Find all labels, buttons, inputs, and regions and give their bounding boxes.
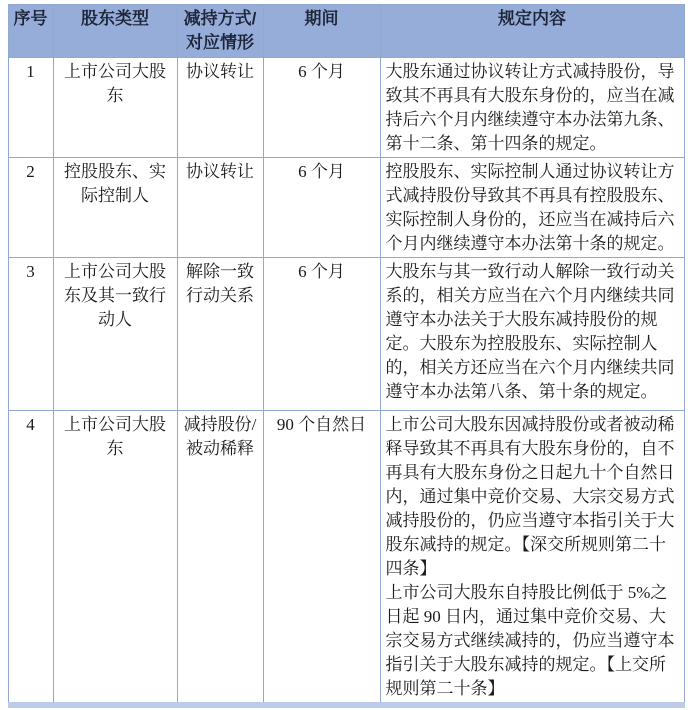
table-row: 1 上市公司大股东 协议转让 6 个月 大股东通过协议转让方式减持股份，导致其不…: [8, 58, 684, 158]
shareholder-type-cell: 上市公司大股东: [53, 58, 177, 158]
header-regulation-content: 规定内容: [380, 5, 684, 58]
period-cell: 6 个月: [263, 58, 380, 158]
serial-number-cell: 4: [8, 411, 53, 706]
regulation-paragraph: 上市公司大股东因减持股份或者被动稀释导致其不再具有大股东身份的，自不再具有大股东…: [386, 413, 679, 581]
table-row: 4 上市公司大股东 减持股份/被动稀释 90 个自然日 上市公司大股东因减持股份…: [8, 411, 684, 706]
regulation-content-cell: 大股东通过协议转让方式减持股份，导致其不再具有大股东身份的，应当在减持后六个月内…: [380, 58, 684, 158]
shareholder-type-cell: 上市公司大股东: [53, 411, 177, 706]
serial-number-cell: 2: [8, 158, 53, 258]
table-header-row: 序号 股东类型 减持方式/对应情形 期间 规定内容: [8, 5, 684, 58]
regulation-paragraph: 大股东通过协议转让方式减持股份，导致其不再具有大股东身份的，应当在减持后六个月内…: [386, 60, 679, 156]
period-cell: 6 个月: [263, 158, 380, 258]
regulation-content-cell: 控股股东、实际控制人通过协议转让方式减持股份导致其不再具有控股股东、实际控制人身…: [380, 158, 684, 258]
regulation-paragraph: 控股股东、实际控制人通过协议转让方式减持股份导致其不再具有控股股东、实际控制人身…: [386, 160, 679, 256]
reduction-method-cell: 协议转让: [177, 158, 263, 258]
reduction-method-cell: 协议转让: [177, 58, 263, 158]
serial-number-cell: 3: [8, 258, 53, 411]
regulation-paragraph: 大股东与其一致行动人解除一致行动关系的，相关方应当在六个月内继续共同遵守本办法关…: [386, 260, 679, 404]
serial-number-cell: 1: [8, 58, 53, 158]
shareholder-type-cell: 上市公司大股东及其一致行动人: [53, 258, 177, 411]
regulation-content-cell: 上市公司大股东因减持股份或者被动稀释导致其不再具有大股东身份的，自不再具有大股东…: [380, 411, 684, 706]
header-period: 期间: [263, 5, 380, 58]
reduction-method-cell: 解除一致行动关系: [177, 258, 263, 411]
header-serial-number: 序号: [8, 5, 53, 58]
shareholder-type-cell: 控股股东、实际控制人: [53, 158, 177, 258]
period-cell: 6 个月: [263, 258, 380, 411]
regulation-paragraph: 上市公司大股东自持股比例低于 5%之日起 90 日内，通过集中竞价交易、大宗交易…: [386, 581, 679, 701]
table-row: 3 上市公司大股东及其一致行动人 解除一致行动关系 6 个月 大股东与其一致行动…: [8, 258, 684, 411]
regulation-content-cell: 大股东与其一致行动人解除一致行动关系的，相关方应当在六个月内继续共同遵守本办法关…: [380, 258, 684, 411]
period-cell: 90 个自然日: [263, 411, 380, 706]
header-shareholder-type: 股东类型: [53, 5, 177, 58]
header-reduction-method: 减持方式/对应情形: [177, 5, 263, 58]
table-row: 2 控股股东、实际控制人 协议转让 6 个月 控股股东、实际控制人通过协议转让方…: [8, 158, 684, 258]
shareholder-reduction-rules-table: 序号 股东类型 减持方式/对应情形 期间 规定内容 1 上市公司大股东 协议转让…: [8, 4, 685, 708]
reduction-method-cell: 减持股份/被动稀释: [177, 411, 263, 706]
